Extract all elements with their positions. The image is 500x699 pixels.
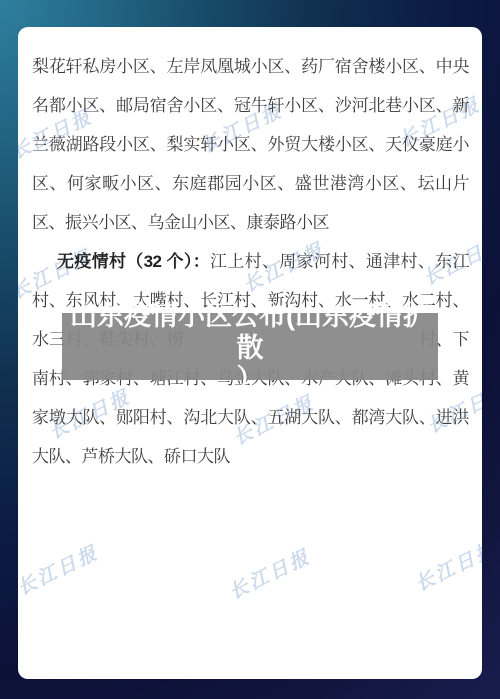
banner-title-line1: 山东疫情小区公布(山东疫情扩散 xyxy=(62,300,438,364)
no-epidemic-villages-label: 无疫情村（32 个）： xyxy=(57,252,210,271)
background: 长江日报 长江日报 长江日报 长江日报 长江日报 长江日报 长江日报 长江日报 … xyxy=(0,0,500,699)
changjiang-daily-watermark-icon: 长江日报 xyxy=(224,542,315,605)
changjiang-daily-watermark-icon: 长江日报 xyxy=(18,538,103,601)
banner-title-line2: ） xyxy=(237,364,264,394)
changjiang-daily-watermark-icon: 长江日报 xyxy=(410,534,482,597)
community-list-paragraph: 梨花轩私房小区、左岸凤凰城小区、药厂宿舍楼小区、中央名都小区、邮局宿舍小区、冠牛… xyxy=(32,47,469,242)
article-body: 梨花轩私房小区、左岸凤凰城小区、药厂宿舍楼小区、中央名都小区、邮局宿舍小区、冠牛… xyxy=(18,27,482,476)
title-banner: 山东疫情小区公布(山东疫情扩散 ） xyxy=(62,313,438,380)
